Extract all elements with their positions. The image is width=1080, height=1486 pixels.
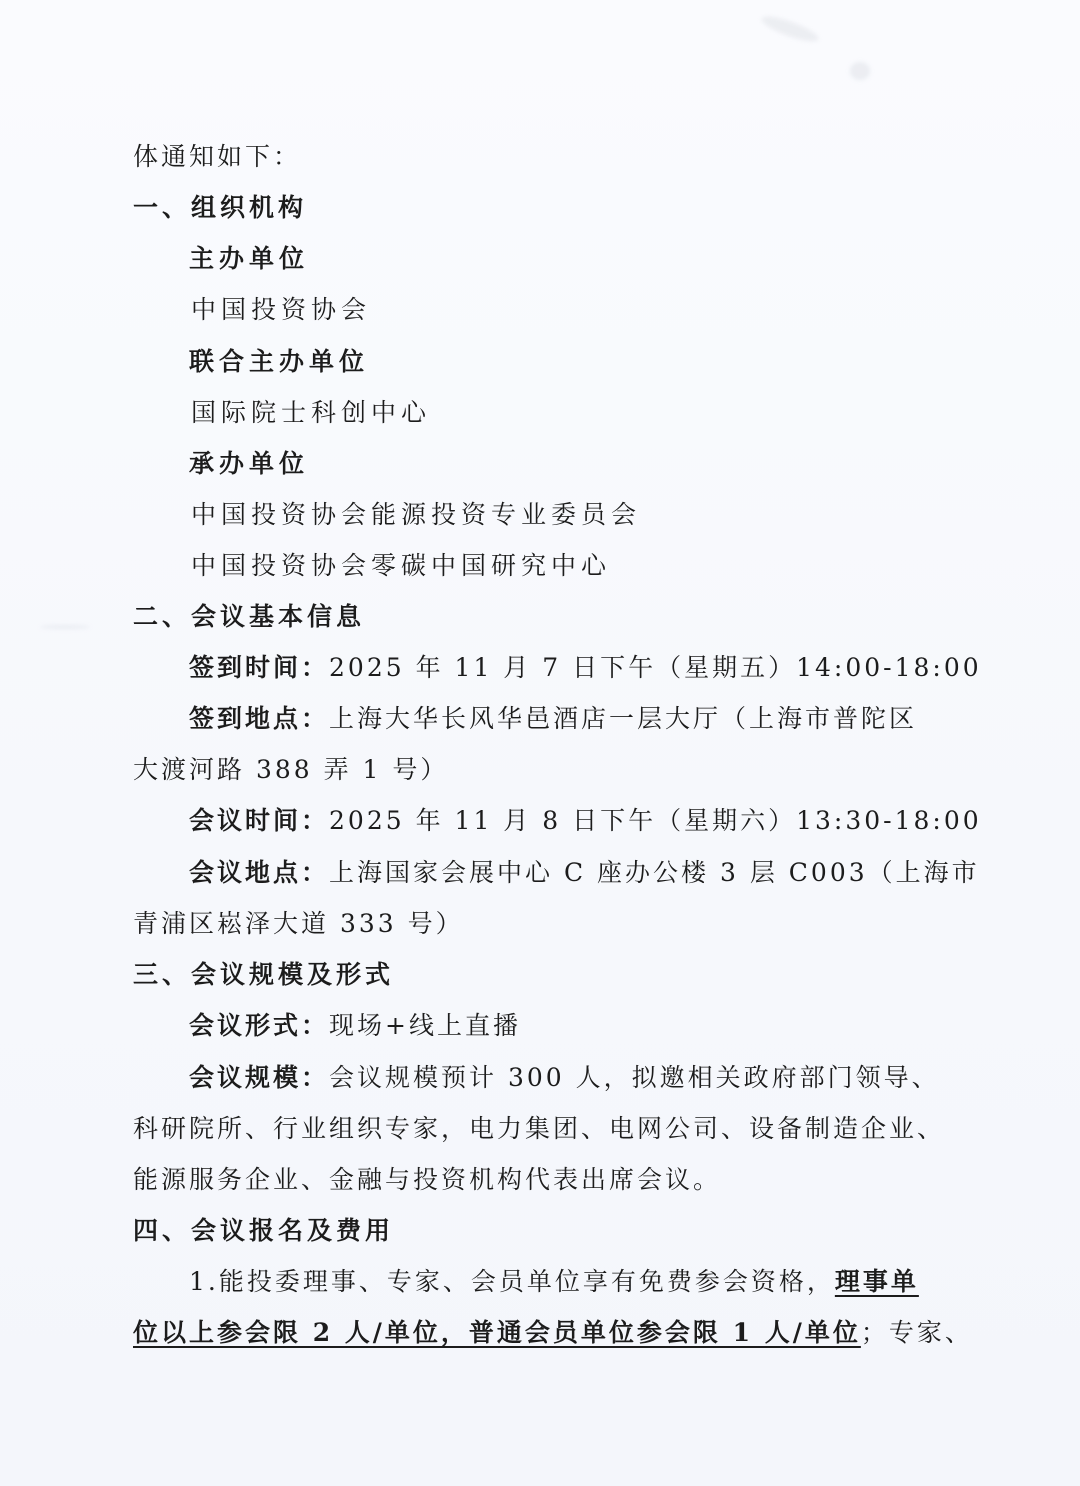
section-heading-organization: 一、组织机构 xyxy=(133,188,307,228)
field-value: 现场+线上直播 xyxy=(329,1011,521,1040)
field-label: 签到时间： xyxy=(189,653,329,682)
scan-smudge xyxy=(759,12,820,46)
field-label: 签到地点： xyxy=(189,704,329,733)
field-meeting-location: 会议地点：上海国家会展中心 C 座办公楼 3 层 C003（上海市 xyxy=(189,853,980,893)
field-checkin-time: 签到时间：2025 年 11 月 7 日下午（星期五）14:00-18:00 xyxy=(189,648,982,688)
field-meeting-time: 会议时间：2025 年 11 月 8 日下午（星期六）13:30-18:00 xyxy=(189,801,982,841)
scan-smudge xyxy=(850,62,870,80)
value-co-host: 国际院士科创中心 xyxy=(191,393,431,433)
field-value: 2025 年 11 月 7 日下午（星期五）14:00-18:00 xyxy=(329,653,982,682)
scanned-document-page: 体通知如下： 一、组织机构 主办单位 中国投资协会 联合主办单位 国际院士科创中… xyxy=(0,0,1080,1486)
value-host: 中国投资协会 xyxy=(191,290,371,330)
paragraph-text: ；专家、 xyxy=(861,1318,973,1347)
field-value: 会议规模预计 300 人，拟邀相关政府部门领导、 xyxy=(329,1063,940,1092)
field-value: 上海大华长风华邑酒店一层大厅（上海市普陀区 xyxy=(329,704,917,733)
section-heading-registration: 四、会议报名及费用 xyxy=(133,1211,394,1251)
value-organizer-2: 中国投资协会零碳中国研究中心 xyxy=(191,546,611,586)
intro-text: 体通知如下： xyxy=(133,137,301,177)
section-heading-scale-format: 三、会议规模及形式 xyxy=(133,955,394,995)
field-checkin-location-cont: 大渡河路 388 弄 1 号） xyxy=(133,750,448,790)
field-label: 会议形式： xyxy=(189,1011,329,1040)
field-checkin-location: 签到地点：上海大华长风华邑酒店一层大厅（上海市普陀区 xyxy=(189,699,917,739)
field-meeting-format: 会议形式：现场+线上直播 xyxy=(189,1006,521,1046)
label-co-host: 联合主办单位 xyxy=(189,342,369,382)
value-organizer-1: 中国投资协会能源投资专业委员会 xyxy=(191,495,641,535)
field-meeting-scale-cont-1: 科研院所、行业组织专家，电力集团、电网公司、设备制造企业、 xyxy=(133,1109,945,1149)
underlined-text: 位以上参会限 2 人/单位，普通会员单位参会限 1 人/单位 xyxy=(133,1318,861,1347)
field-value: 2025 年 11 月 8 日下午（星期六）13:30-18:00 xyxy=(329,806,982,835)
label-organizer: 承办单位 xyxy=(189,444,309,484)
field-meeting-location-cont: 青浦区崧泽大道 333 号） xyxy=(133,904,464,944)
section-heading-basic-info: 二、会议基本信息 xyxy=(133,597,365,637)
underlined-text: 理事单 xyxy=(835,1267,919,1296)
paragraph-text: 1.能投委理事、专家、会员单位享有免费参会资格， xyxy=(189,1267,835,1296)
field-meeting-scale-cont-2: 能源服务企业、金融与投资机构代表出席会议。 xyxy=(133,1160,721,1200)
field-label: 会议时间： xyxy=(189,806,329,835)
field-meeting-scale: 会议规模：会议规模预计 300 人，拟邀相关政府部门领导、 xyxy=(189,1058,940,1098)
scan-smudge xyxy=(40,625,90,629)
label-host: 主办单位 xyxy=(189,239,309,279)
field-label: 会议地点： xyxy=(189,858,329,887)
registration-paragraph-line-2: 位以上参会限 2 人/单位，普通会员单位参会限 1 人/单位；专家、 xyxy=(133,1313,973,1353)
field-label: 会议规模： xyxy=(189,1063,329,1092)
field-value: 上海国家会展中心 C 座办公楼 3 层 C003（上海市 xyxy=(329,858,980,887)
registration-paragraph-line-1: 1.能投委理事、专家、会员单位享有免费参会资格，理事单 xyxy=(189,1262,919,1302)
